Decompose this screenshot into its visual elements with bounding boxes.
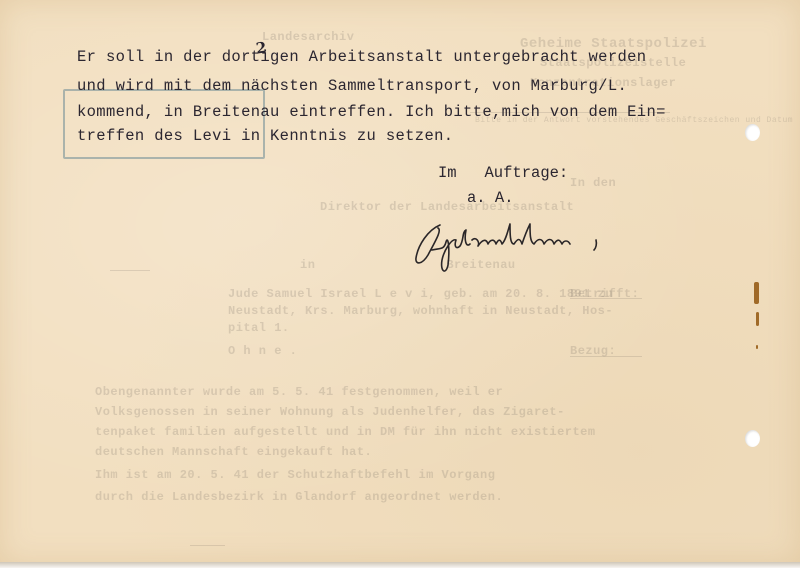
scan-bottom-edge: [0, 562, 800, 568]
rust-mark: [756, 345, 758, 349]
body-line: und wird mit dem nächsten Sammeltranspor…: [77, 77, 627, 95]
bleed-through-text: Volksgenossen in seiner Wohnung als Jude…: [95, 405, 565, 419]
archive-stamp: [63, 89, 265, 159]
bleed-through-rule: [110, 270, 150, 271]
bleed-through-text: pital 1.: [228, 321, 290, 335]
punch-hole: [745, 430, 760, 447]
body-line: treffen des Levi in Kenntnis zu setzen.: [77, 127, 453, 145]
bleed-through-text: Jude Samuel Israel L e v i, geb. am 20. …: [228, 287, 613, 301]
bleed-through-text: deutschen Mannschaft eingekauft hat.: [95, 445, 372, 459]
closing-line: Im Auftrage:: [438, 164, 568, 182]
scanned-letter-page: Landesarchiv Geheime Staatspolizei Staat…: [0, 0, 800, 564]
bleed-through-text: Ihm ist am 20. 5. 41 der Schutzhaftbefeh…: [95, 468, 495, 482]
body-line: kommend, in Breitenau eintreffen. Ich bi…: [77, 103, 666, 121]
bleed-through-text: tenpaket familien aufgestellt und in DM …: [95, 425, 596, 439]
bleed-through-text: Landesarchiv: [262, 30, 354, 44]
bleed-through-text: durch die Landesbezirk in Glandorf angeo…: [95, 490, 503, 504]
rust-mark: [754, 282, 759, 304]
body-line: Er soll in der dortigen Arbeitsanstalt u…: [77, 48, 646, 66]
bleed-through-text: O h n e .: [228, 344, 297, 358]
closing-initials: a. A.: [467, 189, 514, 207]
rust-mark: [756, 312, 759, 326]
bleed-through-rule: [570, 298, 642, 299]
bleed-through-text: In den: [570, 176, 616, 190]
bleed-through-rule: [190, 545, 225, 546]
punch-hole: [745, 124, 760, 141]
bleed-through-text: Neustadt, Krs. Marburg, wohnhaft in Neus…: [228, 304, 613, 318]
bleed-through-text: Obengenannter wurde am 5. 5. 41 festgeno…: [95, 385, 503, 399]
bleed-through-rule: [570, 356, 642, 357]
handwritten-signature: [410, 210, 620, 280]
